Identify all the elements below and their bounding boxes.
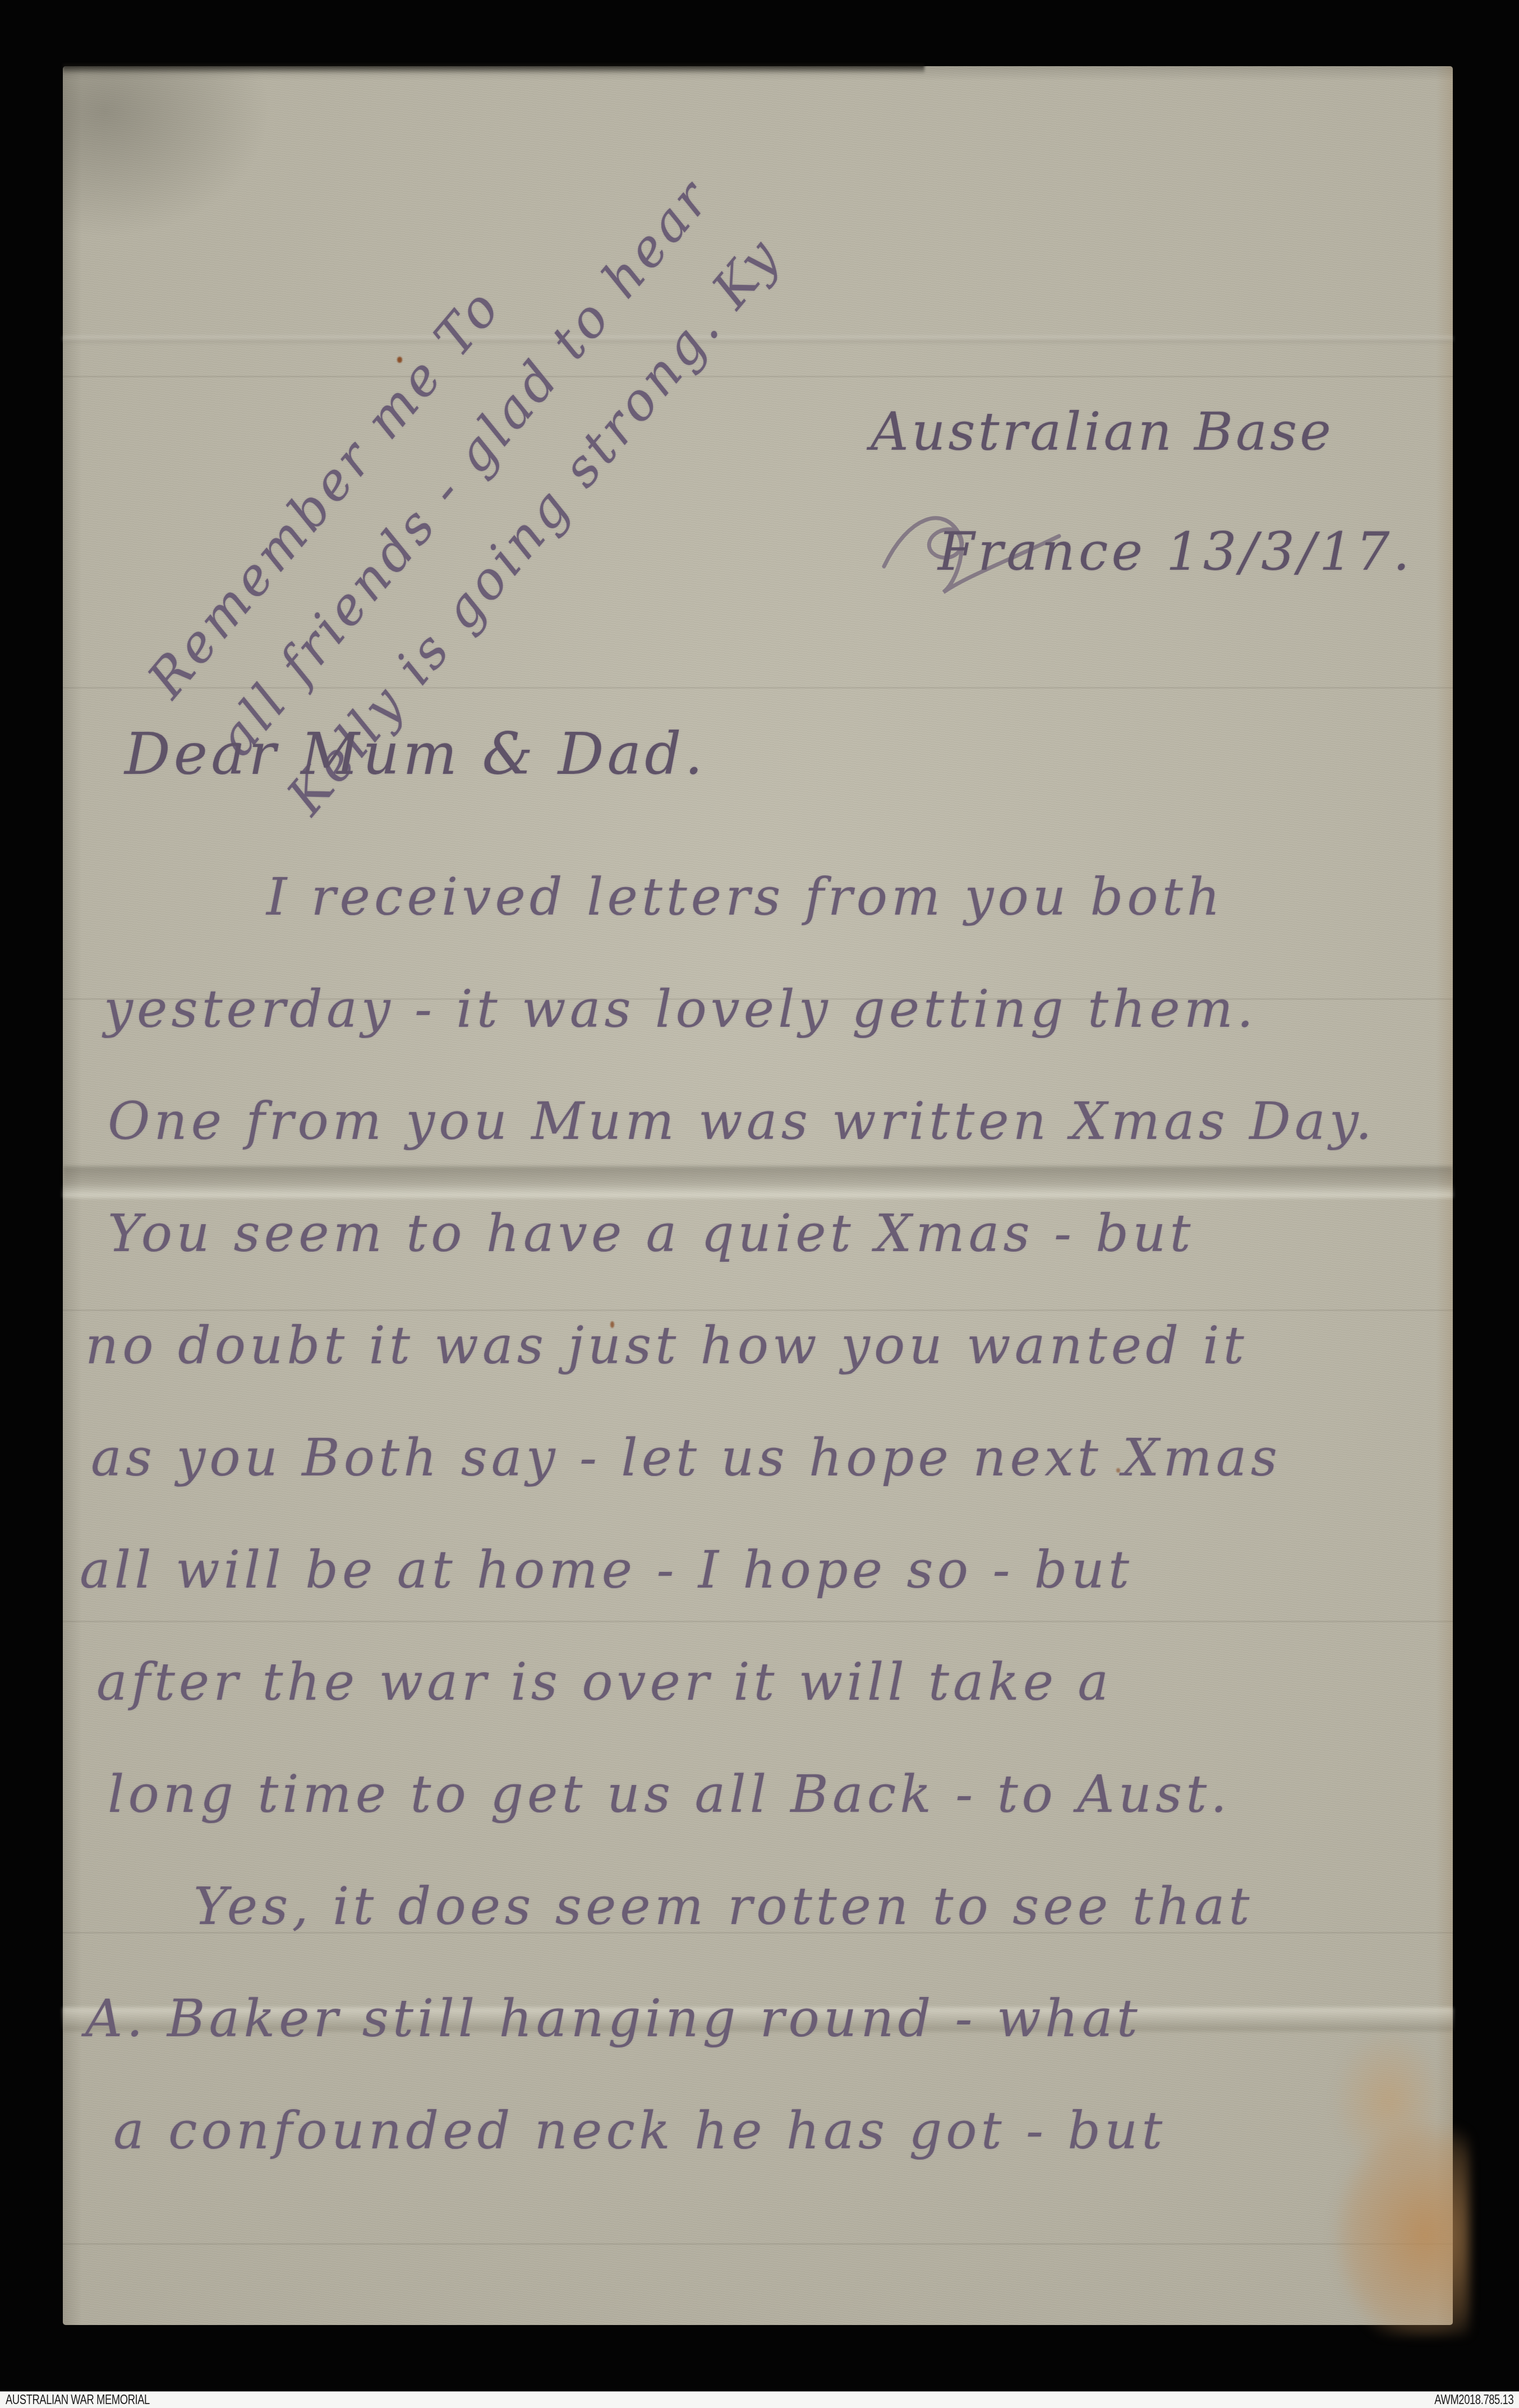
letter-line: after the war is over it will take a	[96, 1626, 1436, 1738]
letter-line: long time to get us all Back - to Aust.	[108, 1738, 1436, 1851]
footer-institution: AUSTRALIAN WAR MEMORIAL	[6, 2392, 150, 2407]
crease-line	[63, 336, 1453, 342]
letter-line: A. Baker still hanging round - what	[85, 1963, 1436, 2075]
letter-line: a confounded neck he has got - but	[113, 2075, 1436, 2187]
letter-line: as you Both say - let us hope next Xmas	[91, 1402, 1436, 1514]
photograph-stage: Remember me To all friends - glad to hea…	[0, 0, 1519, 2408]
caption-bar: AUSTRALIAN WAR MEMORIAL AWM2018.785.13	[0, 2391, 1519, 2408]
letter-line: all will be at home - I hope so - but	[80, 1514, 1436, 1626]
salutation: Dear Mum & Dad.	[125, 721, 706, 788]
heading-date: France 13/3/17.	[938, 522, 1413, 583]
letter-line: no doubt it was just how you wanted it	[85, 1290, 1436, 1402]
letter-line: yesterday - it was lovely getting them.	[104, 953, 1436, 1065]
paper-torn-edge	[63, 64, 924, 75]
letter-page: Remember me To all friends - glad to hea…	[63, 66, 1453, 2325]
letter-line: I received letters from you both	[266, 841, 1436, 953]
letter-line: Yes, it does seem rotten to see that	[194, 1851, 1436, 1963]
letter-line: One from you Mum was written Xmas Day.	[108, 1065, 1436, 1178]
margin-note-line: all friends - glad to hear	[194, 157, 735, 777]
heading-place: Australian Base	[871, 402, 1334, 463]
letter-line: You seem to have a quiet Xmas - but	[108, 1178, 1436, 1290]
letter-body: I received letters from you both yesterd…	[73, 841, 1436, 2187]
footer-accession-number: AWM2018.785.13	[1434, 2392, 1513, 2407]
